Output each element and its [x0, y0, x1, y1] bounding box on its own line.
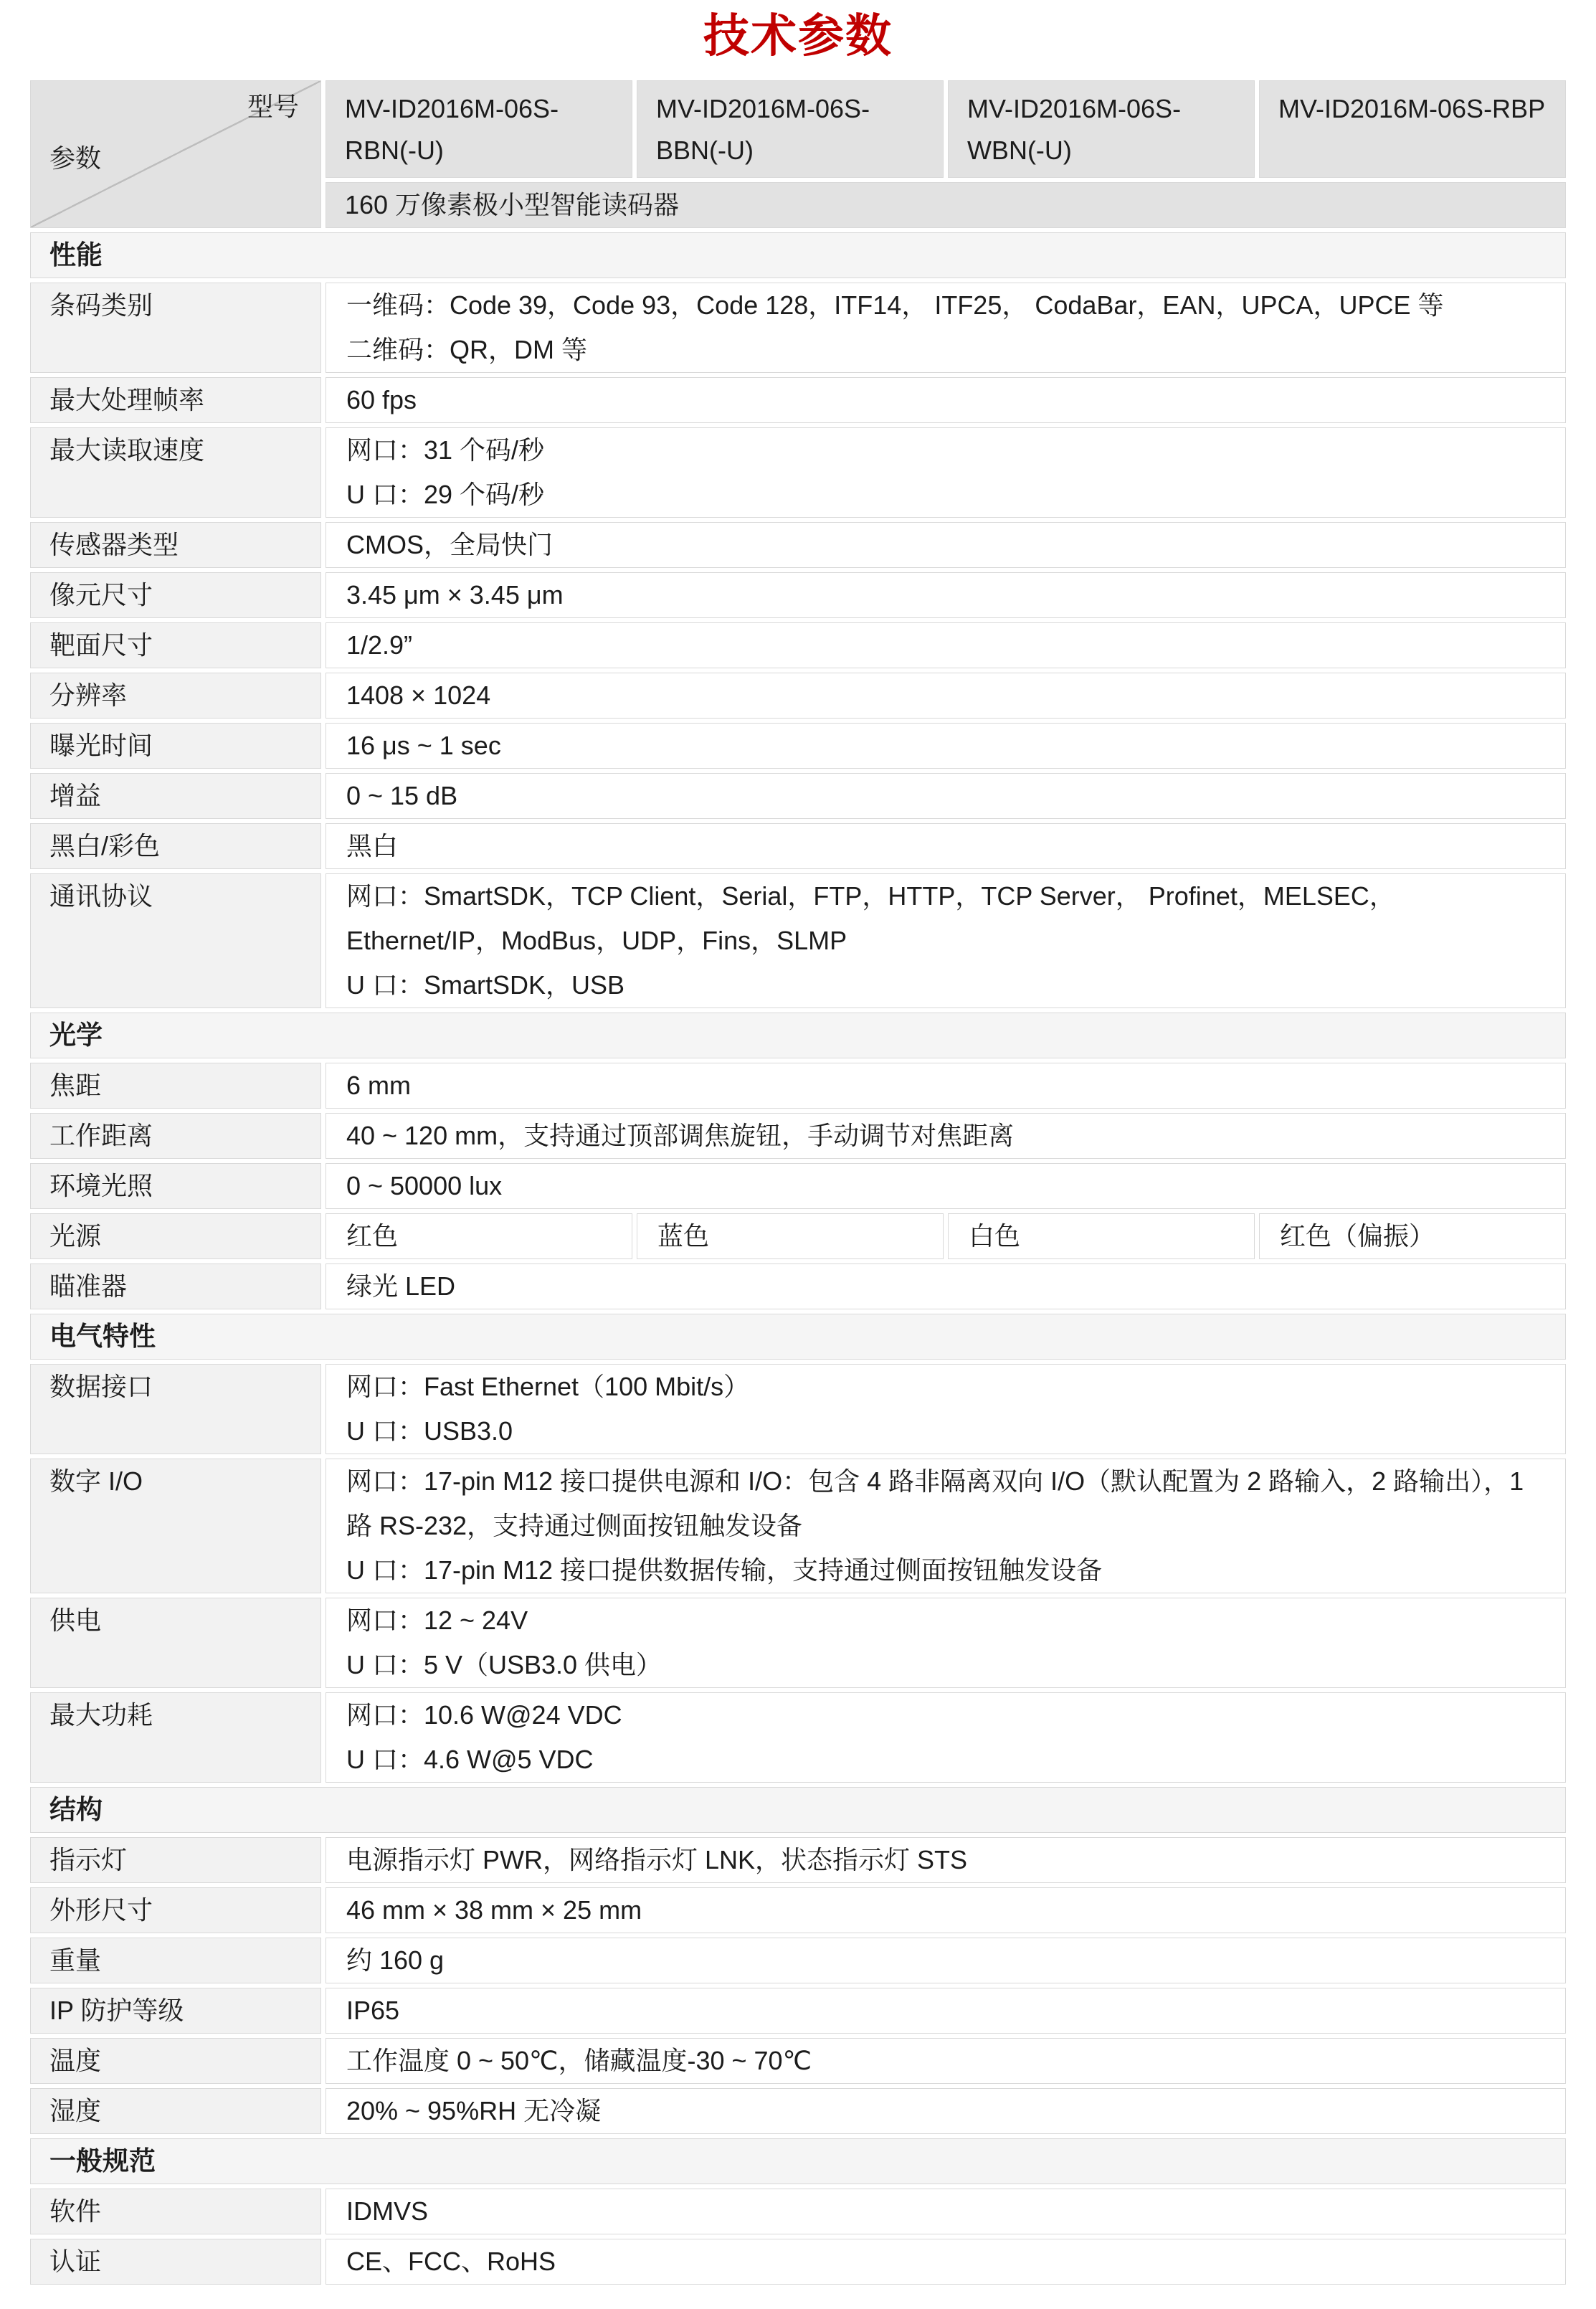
row-value: 6 mm — [326, 1063, 1566, 1109]
row-label: 曝光时间 — [30, 723, 321, 769]
spec-row: 分辨率1408 × 1024 — [30, 673, 1566, 719]
row-value: 电源指示灯 PWR，网络指示灯 LNK，状态指示灯 STS — [326, 1837, 1566, 1883]
section-row: 电气特性 — [30, 1314, 1566, 1360]
spec-row: 工作距离40 ~ 120 mm，支持通过顶部调焦旋钮，手动调节对焦距离 — [30, 1113, 1566, 1159]
spec-row: 黑白/彩色黑白 — [30, 823, 1566, 869]
row-value-line: 1/2.9” — [346, 623, 1547, 668]
spec-row: 条码类别一维码：Code 39，Code 93，Code 128，ITF14， … — [30, 283, 1566, 373]
row-value: 网口：Fast Ethernet（100 Mbit/s）U 口：USB3.0 — [326, 1364, 1566, 1454]
row-value-line: 网口：SmartSDK，TCP Client，Serial，FTP，HTTP，T… — [346, 874, 1547, 963]
row-value-line: 网口：12 ~ 24V — [346, 1598, 1547, 1643]
row-value-line: 约 160 g — [346, 1938, 1547, 1983]
section-header: 结构 — [30, 1787, 1566, 1833]
row-label: 工作距离 — [30, 1113, 321, 1159]
row-label: 焦距 — [30, 1063, 321, 1109]
row-value-line: 16 μs ~ 1 sec — [346, 724, 1547, 768]
spec-row: 湿度20% ~ 95%RH 无冷凝 — [30, 2088, 1566, 2134]
row-label: 湿度 — [30, 2088, 321, 2134]
row-value-line: U 口：17-pin M12 接口提供数据传输，支持通过侧面按钮触发设备 — [346, 1548, 1547, 1593]
row-value-line: CE、FCC、RoHS — [346, 2239, 1547, 2284]
row-label: 重量 — [30, 1938, 321, 1983]
row-value-per-model: 蓝色 — [637, 1213, 944, 1259]
row-value-line: 20% ~ 95%RH 无冷凝 — [346, 2089, 1547, 2133]
row-label: 认证 — [30, 2239, 321, 2285]
spec-row: 最大功耗网口：10.6 W@24 VDCU 口：4.6 W@5 VDC — [30, 1692, 1566, 1783]
row-value-line: 电源指示灯 PWR，网络指示灯 LNK，状态指示灯 STS — [346, 1838, 1547, 1882]
row-value: 网口：31 个码/秒U 口：29 个码/秒 — [326, 427, 1566, 518]
row-value: IP65 — [326, 1988, 1566, 2034]
row-value-line: CMOS，全局快门 — [346, 523, 1547, 567]
row-value: 约 160 g — [326, 1938, 1566, 1983]
row-label: 分辨率 — [30, 673, 321, 719]
row-value-per-model: 白色 — [948, 1213, 1255, 1259]
row-value: 一维码：Code 39，Code 93，Code 128，ITF14， ITF2… — [326, 283, 1566, 373]
row-label: 最大功耗 — [30, 1692, 321, 1783]
row-label: 软件 — [30, 2189, 321, 2234]
spec-row: 认证CE、FCC、RoHS — [30, 2239, 1566, 2285]
row-value-line: U 口：4.6 W@5 VDC — [346, 1737, 1547, 1782]
row-value-line: 一维码：Code 39，Code 93，Code 128，ITF14， ITF2… — [346, 283, 1547, 328]
row-value-line: 3.45 μm × 3.45 μm — [346, 573, 1547, 617]
row-value-line: 网口：10.6 W@24 VDC — [346, 1693, 1547, 1737]
spec-row: 瞄准器绿光 LED — [30, 1263, 1566, 1309]
row-value-line: IDMVS — [346, 2189, 1547, 2234]
row-value-line: IP65 — [346, 1988, 1547, 2033]
row-label: 环境光照 — [30, 1163, 321, 1209]
product-description: 160 万像素极小型智能读码器 — [326, 182, 1566, 228]
spec-row: 光源红色蓝色白色红色（偏振） — [30, 1213, 1566, 1259]
spec-row: 指示灯电源指示灯 PWR，网络指示灯 LNK，状态指示灯 STS — [30, 1837, 1566, 1883]
row-label: 数字 I/O — [30, 1459, 321, 1593]
row-value-line: 0 ~ 50000 lux — [346, 1164, 1547, 1208]
row-label: 条码类别 — [30, 283, 321, 373]
row-value: 1/2.9” — [326, 622, 1566, 668]
spec-row: 外形尺寸46 mm × 38 mm × 25 mm — [30, 1887, 1566, 1933]
spec-row: 供电网口：12 ~ 24VU 口：5 V（USB3.0 供电） — [30, 1598, 1566, 1688]
row-value-line: 二维码：QR，DM 等 — [346, 328, 1547, 372]
section-header: 性能 — [30, 232, 1566, 278]
row-label: 增益 — [30, 773, 321, 819]
spec-row: 靶面尺寸1/2.9” — [30, 622, 1566, 668]
section-row: 光学 — [30, 1013, 1566, 1058]
spec-row: 像元尺寸3.45 μm × 3.45 μm — [30, 572, 1566, 618]
spec-row: 温度工作温度 0 ~ 50℃，储藏温度-30 ~ 70℃ — [30, 2038, 1566, 2084]
corner-model-label: 型号 — [247, 91, 299, 123]
row-value: 40 ~ 120 mm，支持通过顶部调焦旋钮，手动调节对焦距离 — [326, 1113, 1566, 1159]
row-value-line: U 口：USB3.0 — [346, 1409, 1547, 1454]
row-value-line: 工作温度 0 ~ 50℃，储藏温度-30 ~ 70℃ — [346, 2039, 1547, 2083]
model-header-2: MV-ID2016M-06S-BBN(-U) — [637, 80, 944, 178]
row-value-line: 网口：17-pin M12 接口提供电源和 I/O：包含 4 路非隔离双向 I/… — [346, 1459, 1547, 1548]
row-label: 最大读取速度 — [30, 427, 321, 518]
spec-row: 数据接口网口：Fast Ethernet（100 Mbit/s）U 口：USB3… — [30, 1364, 1566, 1454]
row-label: 黑白/彩色 — [30, 823, 321, 869]
row-value: 网口：10.6 W@24 VDCU 口：4.6 W@5 VDC — [326, 1692, 1566, 1783]
section-header: 电气特性 — [30, 1314, 1566, 1360]
row-label: IP 防护等级 — [30, 1988, 321, 2034]
row-value-line: 网口：Fast Ethernet（100 Mbit/s） — [346, 1365, 1547, 1409]
row-value: 0 ~ 15 dB — [326, 773, 1566, 819]
spec-row: 增益0 ~ 15 dB — [30, 773, 1566, 819]
row-value: 工作温度 0 ~ 50℃，储藏温度-30 ~ 70℃ — [326, 2038, 1566, 2084]
spec-row: 通讯协议网口：SmartSDK，TCP Client，Serial，FTP，HT… — [30, 873, 1566, 1008]
row-value-per-model: 红色 — [326, 1213, 632, 1259]
row-value-line: 网口：31 个码/秒 — [346, 428, 1547, 473]
page-title: 技术参数 — [0, 0, 1596, 76]
row-value-line: 绿光 LED — [346, 1264, 1547, 1309]
spec-sheet-page: 技术参数 型号 参数 MV-ID2016M-06S-RBN(-U) MV-ID2… — [0, 0, 1596, 2309]
corner-cell: 型号 参数 — [30, 80, 321, 228]
row-value-line: 黑白 — [346, 824, 1547, 868]
row-value: 绿光 LED — [326, 1263, 1566, 1309]
spec-row: 曝光时间16 μs ~ 1 sec — [30, 723, 1566, 769]
row-value: 黑白 — [326, 823, 1566, 869]
section-header: 光学 — [30, 1013, 1566, 1058]
corner-param-label: 参数 — [49, 143, 101, 174]
model-header-4: MV-ID2016M-06S-RBP — [1259, 80, 1566, 178]
row-value: 网口：12 ~ 24VU 口：5 V（USB3.0 供电） — [326, 1598, 1566, 1688]
model-header-3: MV-ID2016M-06S-WBN(-U) — [948, 80, 1255, 178]
row-value: 0 ~ 50000 lux — [326, 1163, 1566, 1209]
row-label: 光源 — [30, 1213, 321, 1259]
row-value: 网口：17-pin M12 接口提供电源和 I/O：包含 4 路非隔离双向 I/… — [326, 1459, 1566, 1593]
row-label: 瞄准器 — [30, 1263, 321, 1309]
section-row: 性能 — [30, 232, 1566, 278]
spec-row: 重量约 160 g — [30, 1938, 1566, 1983]
spec-row: 环境光照0 ~ 50000 lux — [30, 1163, 1566, 1209]
row-value: 46 mm × 38 mm × 25 mm — [326, 1887, 1566, 1933]
row-value-line: 0 ~ 15 dB — [346, 774, 1547, 818]
row-value-line: U 口：29 个码/秒 — [346, 473, 1547, 517]
spec-row: 软件IDMVS — [30, 2189, 1566, 2234]
header-row-models: 型号 参数 MV-ID2016M-06S-RBN(-U) MV-ID2016M-… — [30, 80, 1566, 178]
spec-row: 数字 I/O网口：17-pin M12 接口提供电源和 I/O：包含 4 路非隔… — [30, 1459, 1566, 1593]
section-header: 一般规范 — [30, 2138, 1566, 2184]
row-value: CE、FCC、RoHS — [326, 2239, 1566, 2285]
row-label: 温度 — [30, 2038, 321, 2084]
row-value: 1408 × 1024 — [326, 673, 1566, 719]
spec-row: IP 防护等级IP65 — [30, 1988, 1566, 2034]
row-label: 供电 — [30, 1598, 321, 1688]
row-value-line: 1408 × 1024 — [346, 673, 1547, 718]
row-label: 数据接口 — [30, 1364, 321, 1454]
row-label: 指示灯 — [30, 1837, 321, 1883]
row-label: 外形尺寸 — [30, 1887, 321, 1933]
row-value: IDMVS — [326, 2189, 1566, 2234]
spec-table: 型号 参数 MV-ID2016M-06S-RBN(-U) MV-ID2016M-… — [26, 76, 1570, 2289]
row-value-per-model: 红色（偏振） — [1259, 1213, 1566, 1259]
section-row: 结构 — [30, 1787, 1566, 1833]
model-header-1: MV-ID2016M-06S-RBN(-U) — [326, 80, 632, 178]
row-label: 传感器类型 — [30, 522, 321, 568]
row-value-line: U 口：SmartSDK，USB — [346, 963, 1547, 1007]
section-row: 一般规范 — [30, 2138, 1566, 2184]
row-value: 网口：SmartSDK，TCP Client，Serial，FTP，HTTP，T… — [326, 873, 1566, 1008]
spec-row: 焦距6 mm — [30, 1063, 1566, 1109]
spec-row: 传感器类型CMOS，全局快门 — [30, 522, 1566, 568]
row-value: 3.45 μm × 3.45 μm — [326, 572, 1566, 618]
row-value: 20% ~ 95%RH 无冷凝 — [326, 2088, 1566, 2134]
row-value: 60 fps — [326, 377, 1566, 423]
spec-row: 最大处理帧率60 fps — [30, 377, 1566, 423]
row-label: 靶面尺寸 — [30, 622, 321, 668]
row-label: 像元尺寸 — [30, 572, 321, 618]
spec-row: 最大读取速度网口：31 个码/秒U 口：29 个码/秒 — [30, 427, 1566, 518]
row-label: 最大处理帧率 — [30, 377, 321, 423]
row-value-line: 40 ~ 120 mm，支持通过顶部调焦旋钮，手动调节对焦距离 — [346, 1114, 1547, 1158]
row-value-line: 46 mm × 38 mm × 25 mm — [346, 1888, 1547, 1933]
row-label: 通讯协议 — [30, 873, 321, 1008]
row-value-line: U 口：5 V（USB3.0 供电） — [346, 1643, 1547, 1687]
row-value-line: 60 fps — [346, 378, 1547, 422]
row-value: CMOS，全局快门 — [326, 522, 1566, 568]
row-value-line: 6 mm — [346, 1063, 1547, 1108]
row-value: 16 μs ~ 1 sec — [326, 723, 1566, 769]
